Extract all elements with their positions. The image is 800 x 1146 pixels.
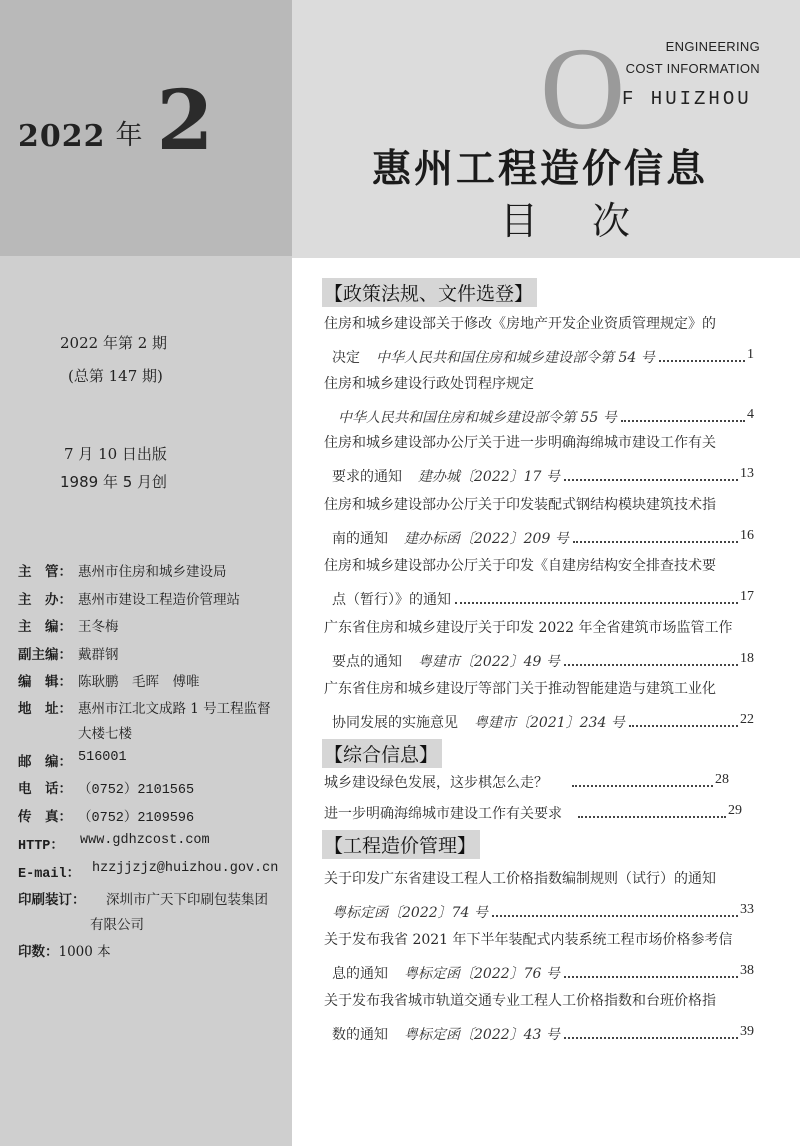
issue-label: 2022 年第 2 期 (60, 332, 167, 353)
colophon-address-line2: 大楼七楼 (78, 722, 132, 742)
toc-entry[interactable]: 住房和城乡建设部办公厅关于印发《自建房结构安全排查技术要 点（暂行）》的通知17 (324, 555, 754, 609)
toc-entry[interactable]: 关于印发广东省建设工程人工价格指数编制规则（试行）的通知 粤标定函〔2022〕7… (324, 868, 754, 922)
colophon-phone: 电 话：（0752）2101565 (18, 777, 194, 798)
issue-heading: 2022 年 2 (18, 80, 214, 162)
logo-letter-o: O (540, 30, 625, 148)
logo-text-of-huizhou: F HUIZHOU (622, 88, 752, 110)
page-number: 4 (747, 407, 754, 427)
toc-title-char-2: 次 (592, 199, 632, 243)
colophon-address: 地 址：惠州市江北文成路 1 号工程监督 (18, 697, 271, 717)
section-header-policy: 【政策法规、文件选登】 (322, 278, 537, 307)
page-number: 38 (740, 963, 754, 983)
publish-date: 7 月 10 日出版 (64, 443, 167, 464)
leader-dots (564, 651, 738, 666)
colophon-email: E-mail：hzzjjzjz@huizhou.gov.cn (18, 861, 278, 882)
colophon-deputy-editor: 副主编：戴群钢 (18, 643, 119, 663)
colophon-supervisor: 主 管：惠州市住房和城乡建设局 (18, 560, 227, 580)
page-number: 18 (740, 651, 754, 671)
total-issue-label: (总第 147 期) (68, 365, 163, 386)
toc-entry[interactable]: 关于发布我省 2021 年下半年装配式内装系统工程市场价格参考信 息的通知粤标定… (324, 929, 754, 983)
logo-text-engineering: ENGINEERING (666, 39, 760, 54)
leader-dots (564, 963, 738, 978)
issue-year: 2022 (18, 119, 106, 154)
page-number: 1 (747, 347, 754, 367)
colophon-fax: 传 真：（0752）2109596 (18, 805, 194, 826)
toc-entry[interactable]: 住房和城乡建设行政处罚程序规定 中华人民共和国住房和城乡建设部令第 55 号4 (324, 373, 754, 427)
toc-entry[interactable]: 广东省住房和城乡建设厅等部门关于推动智能建造与建筑工业化 协同发展的实施意见粤建… (324, 678, 754, 732)
section-header-general-info: 【综合信息】 (322, 739, 442, 768)
page-number: 13 (740, 466, 754, 486)
page-number: 16 (740, 528, 754, 548)
leader-dots (572, 772, 713, 787)
magazine-title: 惠州工程造价信息 (372, 138, 708, 194)
colophon-editors: 编 辑：陈耿鹏 毛晖 傅唯 (18, 670, 200, 690)
leader-dots (629, 712, 738, 727)
colophon-print-run: 印数：1000 本 (18, 940, 111, 960)
leader-dots (455, 589, 738, 604)
page-number: 17 (740, 589, 754, 609)
leader-dots (564, 1024, 738, 1039)
colophon-editor-in-chief: 主 编：王冬梅 (18, 615, 119, 635)
email-link[interactable]: hzzjjzjz@huizhou.gov.cn (92, 861, 278, 882)
colophon-printer: 印刷装订：深圳市广天下印刷包装集团 (18, 888, 268, 908)
section-header-cost-management: 【工程造价管理】 (322, 830, 480, 859)
founded-date: 1989 年 5 月创 (60, 471, 167, 492)
page-number: 28 (715, 772, 729, 792)
toc-entry[interactable]: 城乡建设绿色发展，这步棋怎么走？28 (324, 772, 729, 792)
leader-dots (578, 803, 726, 818)
toc-entry[interactable]: 进一步明确海绵城市建设工作有关要求29 (324, 803, 742, 823)
website-link[interactable]: www.gdhzcost.com (80, 833, 210, 854)
toc-entry[interactable]: 住房和城乡建设部办公厅关于印发装配式钢结构模块建筑技术指 南的通知建办标函〔20… (324, 494, 754, 548)
issue-year-suffix: 年 (116, 113, 143, 152)
colophon-postcode: 邮 编：516001 (18, 750, 127, 770)
page-number: 22 (740, 712, 754, 732)
leader-dots (621, 407, 745, 422)
toc-entry[interactable]: 住房和城乡建设部办公厅关于进一步明确海绵城市建设工作有关 要求的通知建办城〔20… (324, 432, 754, 486)
colophon-website: HTTP：www.gdhzcost.com (18, 833, 210, 854)
leader-dots (564, 466, 738, 481)
toc-title: 目次 (500, 190, 684, 245)
colophon-sponsor: 主 办：惠州市建设工程造价管理站 (18, 588, 240, 608)
toc-entry[interactable]: 关于发布我省城市轨道交通专业工程人工价格指数和台班价格指 数的通知粤标定函〔20… (324, 990, 754, 1044)
toc-entry[interactable]: 广东省住房和城乡建设厅关于印发 2022 年全省建筑市场监管工作 要点的通知粤建… (324, 617, 754, 671)
colophon-printer-line2: 有限公司 (90, 913, 144, 933)
toc-entry[interactable]: 住房和城乡建设部关于修改《房地产开发企业资质管理规定》的 决定中华人民共和国住房… (324, 313, 754, 367)
leader-dots (573, 528, 738, 543)
page-number: 29 (728, 803, 742, 823)
leader-dots (492, 902, 738, 917)
leader-dots (659, 347, 745, 362)
page-number: 33 (740, 902, 754, 922)
issue-number: 2 (157, 80, 214, 162)
page-number: 39 (740, 1024, 754, 1044)
logo-text-cost-information: COST INFORMATION (626, 61, 760, 76)
toc-title-char-1: 目 (500, 199, 540, 243)
